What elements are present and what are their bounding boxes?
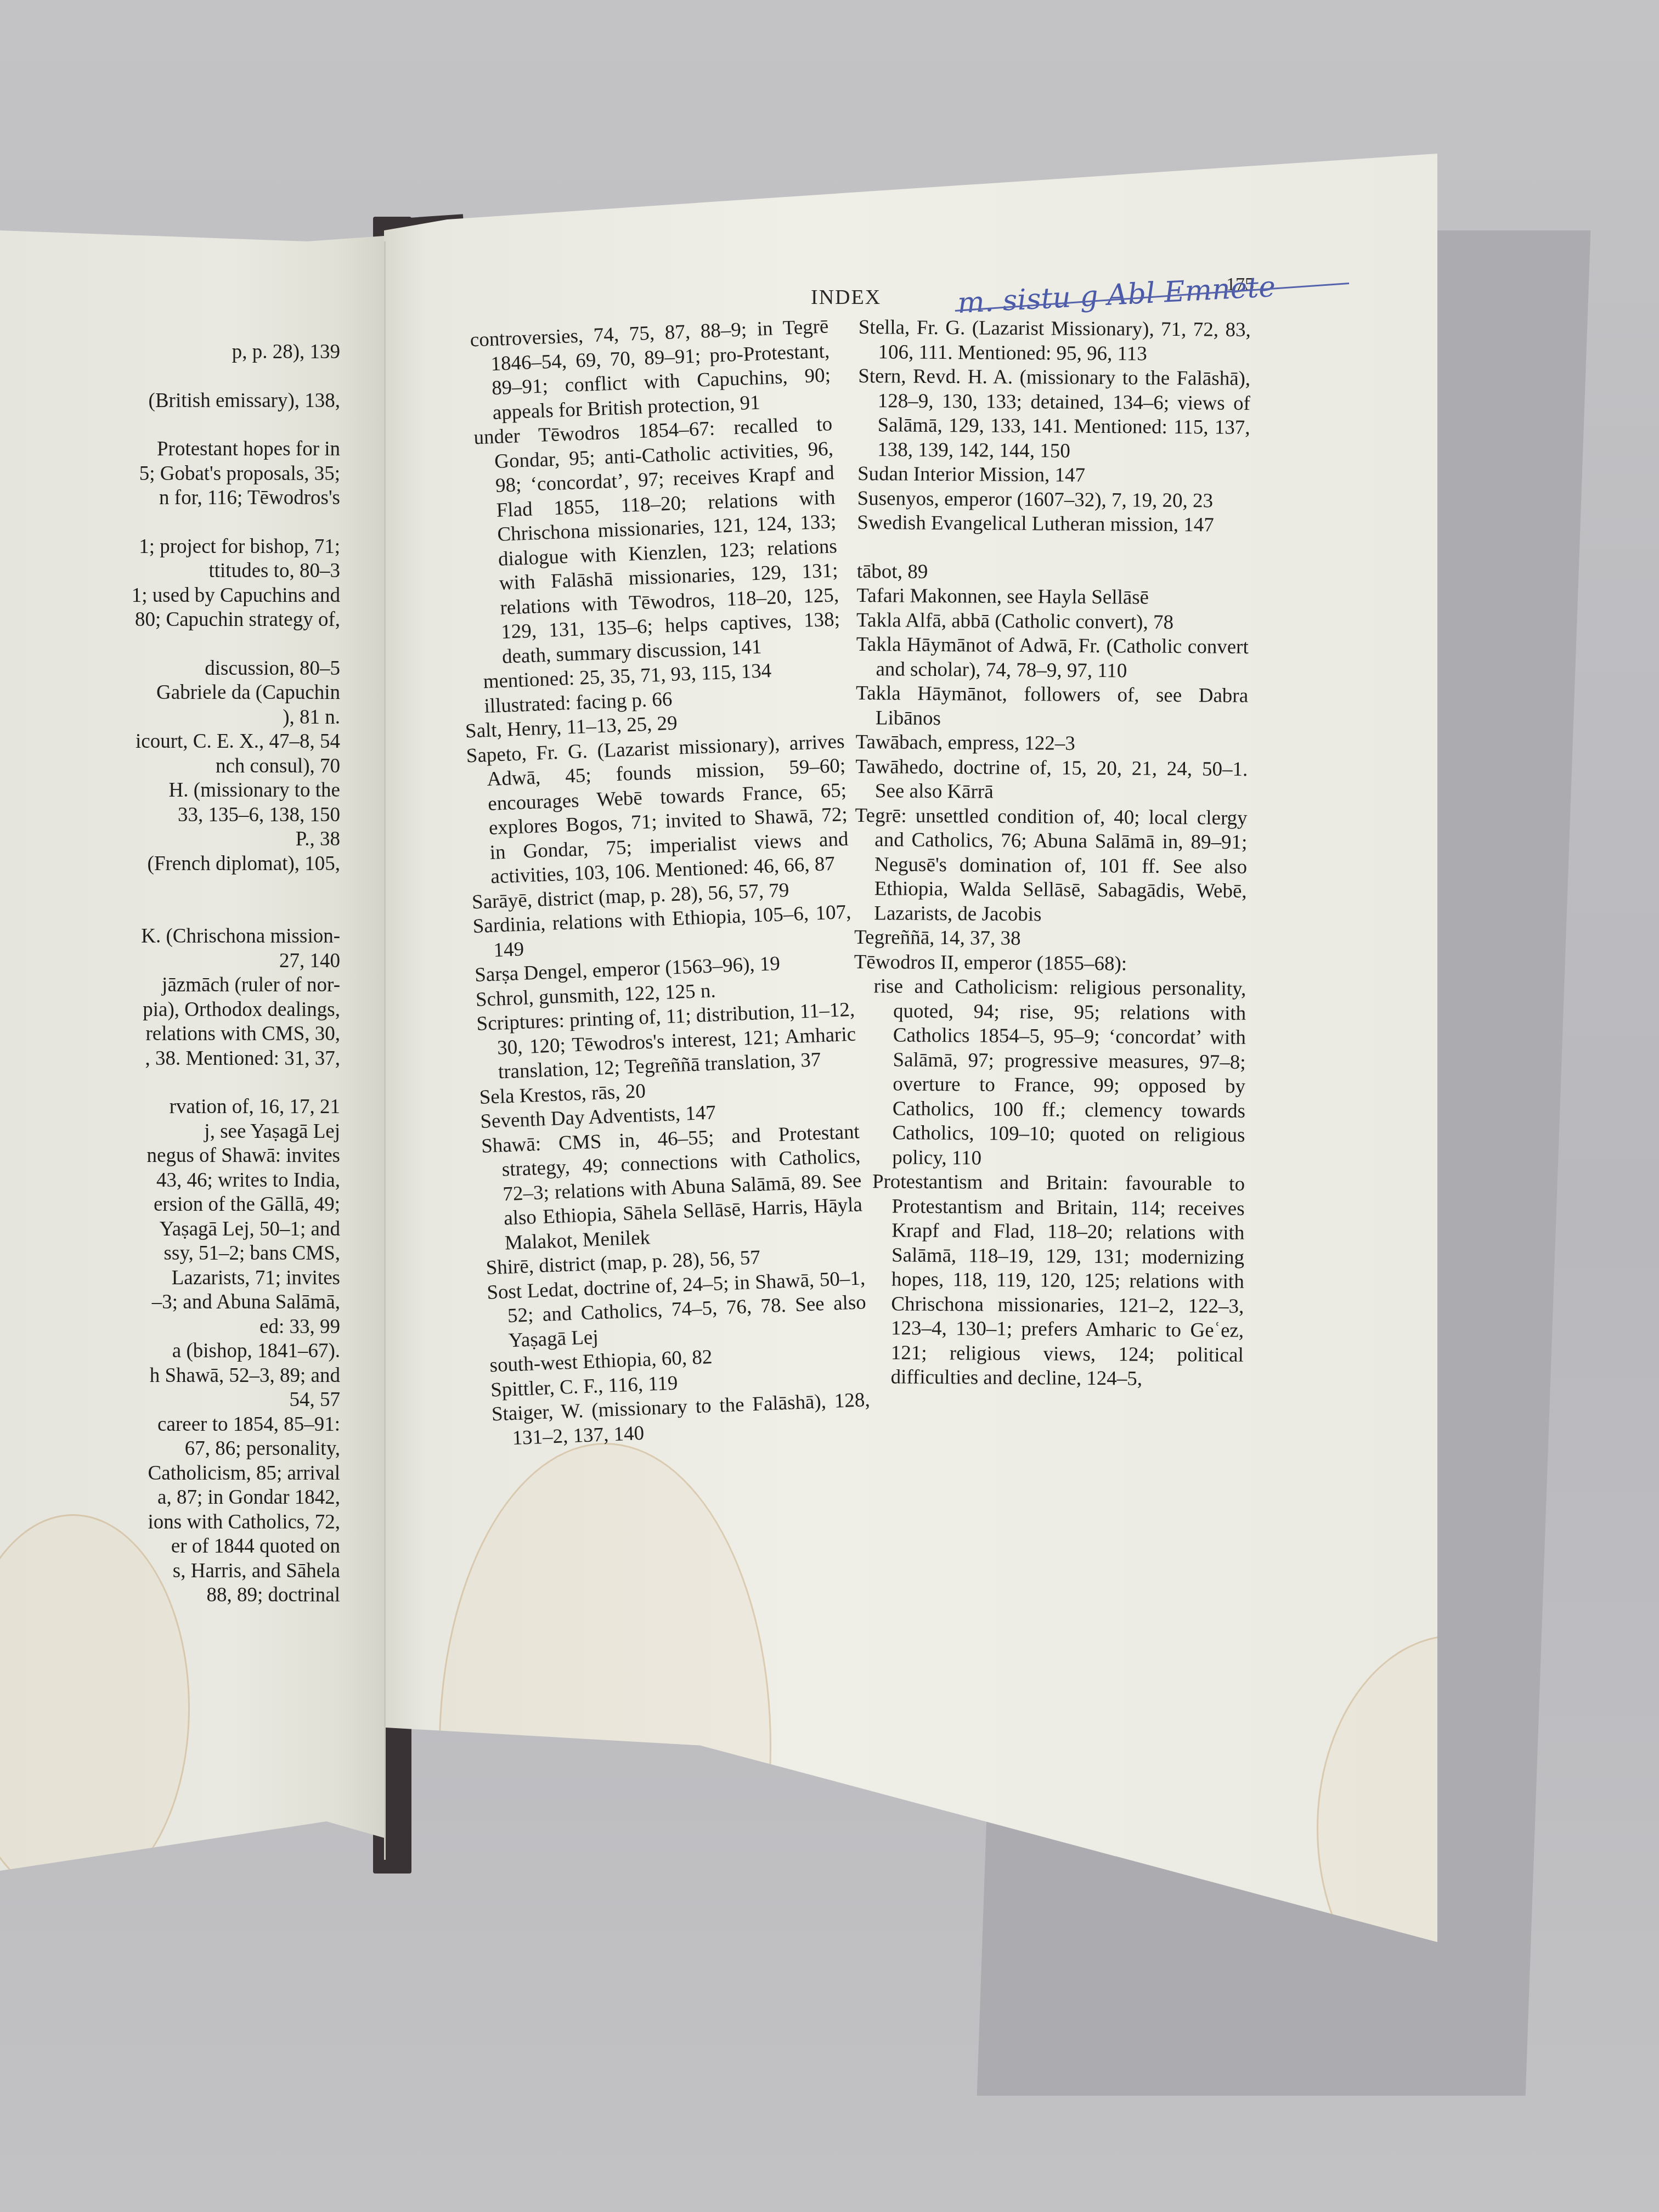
water-stain (439, 1443, 771, 1942)
index-line-fragment: 54, 57 (0, 1388, 340, 1413)
middle-index-column: controversies, 74, 75, 87, 88–9; in Tegr… (450, 315, 871, 1452)
index-line-fragment: h Shawā, 52–3, 89; and (0, 1364, 340, 1389)
index-subentry: controversies, 74, 75, 87, 88–9; in Tegr… (450, 315, 832, 427)
index-line-fragment: 27, 140 (0, 949, 340, 974)
index-line-fragment: er of 1844 quoted on (0, 1534, 340, 1559)
index-line-fragment: 43, 46; writes to India, (0, 1169, 340, 1193)
index-line-fragment: K. (Chrischona mission- (0, 924, 340, 949)
index-entry: Tawābach, empress, 122–3 (855, 730, 1248, 757)
index-line-fragment: ed: 33, 99 (0, 1315, 340, 1340)
index-entry: Shawā: CMS in, 46–55; and Protestant str… (481, 1120, 864, 1256)
index-line-fragment: relations with CMS, 30, (0, 1022, 340, 1047)
index-line-fragment: ersion of the Gāllā, 49; (0, 1193, 340, 1217)
index-line-fragment: (French diplomat), 105, (0, 852, 340, 877)
index-subentry: rise and Catholicism: religious personal… (853, 974, 1246, 1172)
index-line-fragment: 33, 135–6, 138, 150 (0, 803, 340, 828)
blank-line (0, 413, 340, 437)
index-line-fragment: icourt, C. E. X., 47–8, 54 (0, 730, 340, 754)
index-line-fragment: 88, 89; doctrinal (0, 1583, 340, 1608)
left-page-index-column: p, p. 28), 139(British emissary), 138,Pr… (0, 340, 340, 1608)
blank-line (0, 365, 340, 389)
blank-line (0, 876, 340, 900)
blank-line (0, 633, 340, 657)
index-line-fragment: (British emissary), 138, (0, 389, 340, 414)
index-line-fragment: , 38. Mentioned: 31, 37, (0, 1047, 340, 1071)
index-line-fragment: p, p. 28), 139 (0, 340, 340, 365)
running-title: INDEX (811, 285, 881, 309)
index-entry: Tēwodros II, emperor (1855–68): (854, 950, 1246, 977)
index-line-fragment: P., 38 (0, 827, 340, 852)
index-line-fragment: ssy, 51–2; bans CMS, (0, 1242, 340, 1266)
index-entry: Stern, Revd. H. A. (missionary to the Fa… (857, 364, 1250, 465)
index-line-fragment: rvation of, 16, 17, 21 (0, 1095, 340, 1120)
index-line-fragment: j, see Yaṣagā Lej (0, 1120, 340, 1144)
index-line-fragment: 5; Gobat's proposals, 35; (0, 462, 340, 487)
index-line-fragment: 67, 86; personality, (0, 1437, 340, 1462)
index-line-fragment: s, Harris, and Sāhela (0, 1559, 340, 1584)
index-entry: Takla Hāymānot of Adwā, Fr. (Catholic co… (856, 633, 1249, 684)
index-line-fragment: n for, 116; Tēwodros's (0, 486, 340, 511)
index-line-fragment: pia), Orthodox dealings, (0, 998, 340, 1023)
index-entry: Sapeto, Fr. G. (Lazarist missionary), ar… (466, 729, 850, 890)
water-stain (1317, 1635, 1437, 1942)
index-entry: Scriptures: printing of, 11; distributio… (476, 998, 857, 1086)
index-entry: Tegrē: unsettled condition of, 40; local… (854, 803, 1248, 928)
index-subentry: Protestantism and Britain: favourable to… (851, 1170, 1245, 1392)
index-entry: Sost Ledat, doctrine of, 24–5; in Shawā,… (487, 1266, 868, 1354)
index-line-fragment: jāzmāch (ruler of nor- (0, 973, 340, 998)
index-entry: Tafari Makonnen, see Hayla Sellāsē (856, 584, 1249, 611)
index-line-fragment: nch consul), 70 (0, 754, 340, 779)
blank-line (0, 1071, 340, 1095)
index-entry: Tegreññā, 14, 37, 38 (854, 926, 1246, 952)
index-line-fragment: a (bishop, 1841–67). (0, 1339, 340, 1364)
index-line-fragment: –3; and Abuna Salāmā, (0, 1290, 340, 1315)
index-line-fragment: career to 1854, 85–91: (0, 1413, 340, 1437)
right-index-column: Stella, Fr. G. (Lazarist Missionary), 71… (851, 315, 1251, 1392)
index-entry: Swedish Evangelical Lutheran mission, 14… (857, 511, 1249, 538)
index-line-fragment: a, 87; in Gondar 1842, (0, 1486, 340, 1510)
index-entry: Stella, Fr. G. (Lazarist Missionary), 71… (858, 315, 1251, 367)
index-line-fragment: 1; used by Capuchins and (0, 584, 340, 608)
index-line-fragment: Gabriele da (Capuchin (0, 681, 340, 706)
index-subentry: under Tēwodros 1854–67: recalled to Gond… (454, 412, 842, 670)
blank-line (0, 511, 340, 535)
book-gutter (384, 241, 386, 1860)
index-entry: Sudan Interior Mission, 147 (857, 462, 1250, 489)
index-line-fragment: Protestant hopes for in (0, 437, 340, 462)
index-entry: Susenyos, emperor (1607–32), 7, 19, 20, … (857, 486, 1250, 513)
index-entry: Takla Alfā, abbā (Catholic convert), 78 (856, 608, 1249, 635)
index-line-fragment: ions with Catholics, 72, (0, 1510, 340, 1535)
entry-spacer (857, 535, 1249, 562)
index-line-fragment: 1; project for bishop, 71; (0, 535, 340, 560)
index-entry: tābot, 89 (857, 559, 1249, 586)
index-line-fragment: Catholicism, 85; arrival (0, 1462, 340, 1486)
index-line-fragment: discussion, 80–5 (0, 657, 340, 681)
index-line-fragment: ttitudes to, 80–3 (0, 559, 340, 584)
index-line-fragment: ), 81 n. (0, 706, 340, 730)
index-line-fragment: Yaṣagā Lej, 50–1; and (0, 1217, 340, 1242)
index-entry: Tawāhedo, doctrine of, 15, 20, 21, 24, 5… (855, 754, 1248, 806)
index-entry: Takla Hāymānot, followers of, see Dabra … (856, 681, 1249, 733)
blank-line (0, 900, 340, 924)
index-line-fragment: negus of Shawā: invites (0, 1144, 340, 1169)
index-line-fragment: 80; Capuchin strategy of, (0, 608, 340, 633)
index-line-fragment: H. (missionary to the (0, 778, 340, 803)
index-line-fragment: Lazarists, 71; invites (0, 1266, 340, 1291)
